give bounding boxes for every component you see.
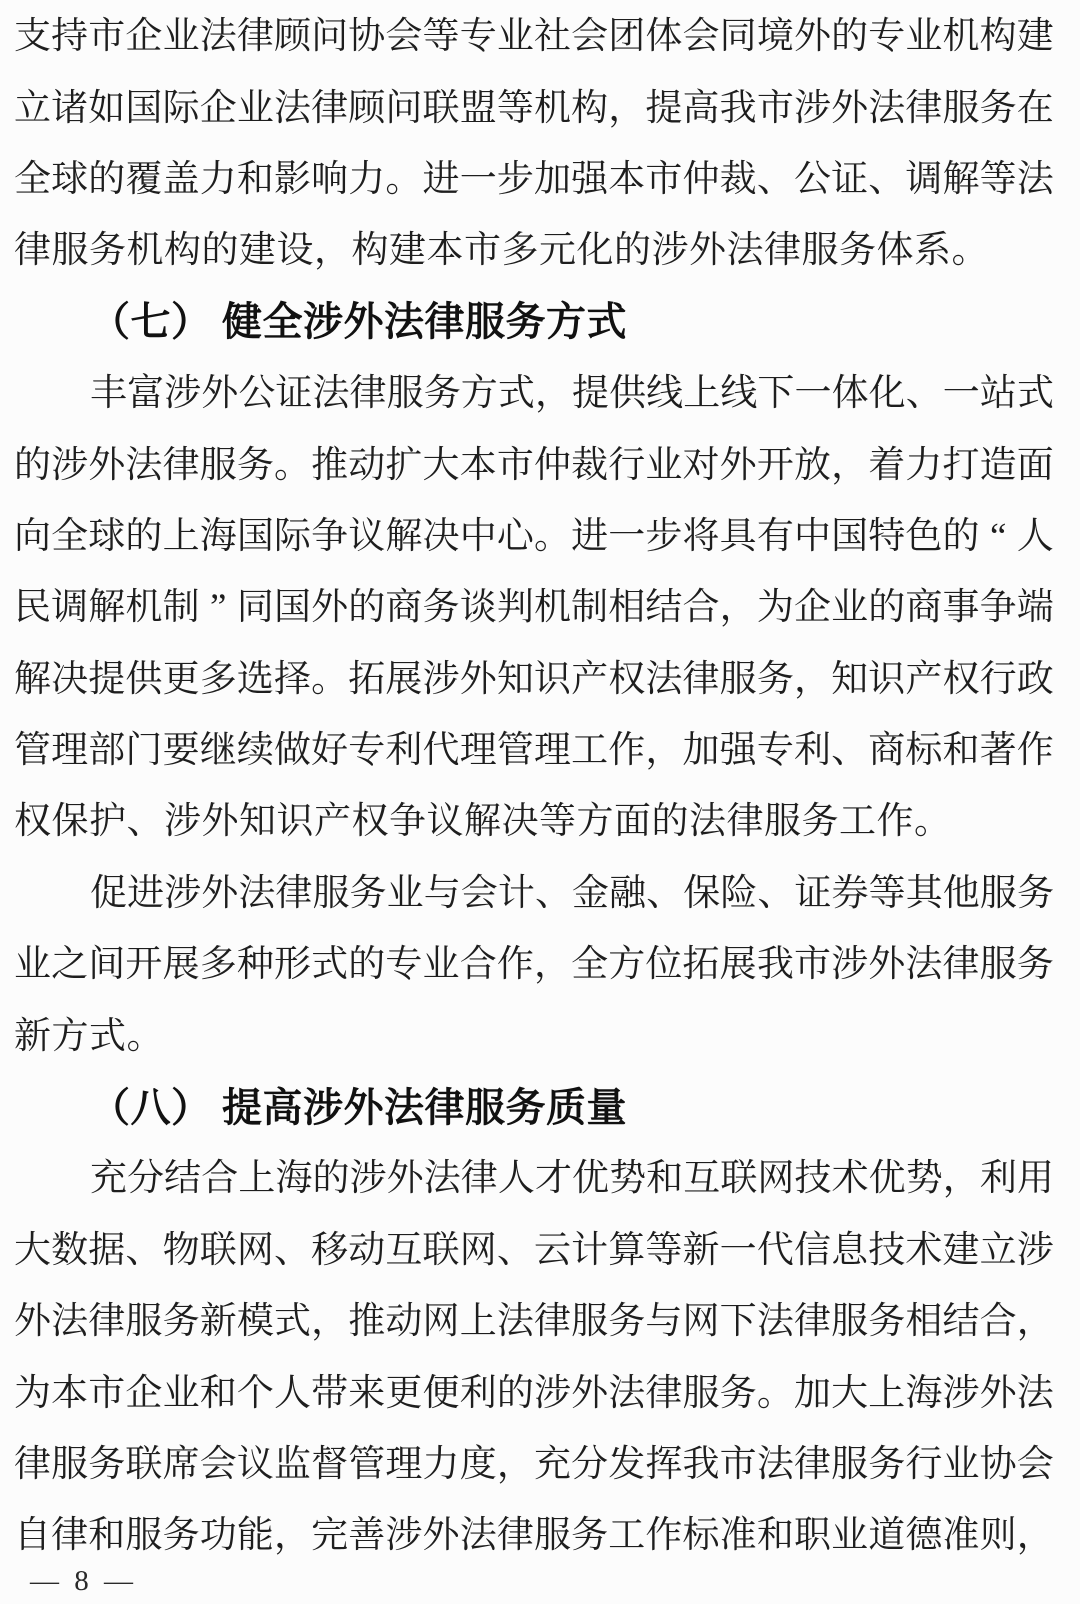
document-body: 支持市企业法律顾问协会等专业社会团体会同境外的专业机构建立诸如国际企业法律顾问联… (14, 1, 1054, 1572)
text-line: 权保护、涉外知识产权争议解决等方面的法律服务工作。 (14, 786, 1054, 857)
section-heading: （八） 提高涉外法律服务质量 (14, 1072, 1054, 1143)
text-line: 外法律服务新模式，推动网上法律服务与网下法律服务相结合， (14, 1286, 1054, 1357)
text-line: 促进涉外法律服务业与会计、金融、保险、证券等其他服务 (14, 858, 1054, 929)
text-line: 新方式。 (14, 1000, 1054, 1071)
section-heading: （七） 健全涉外法律服务方式 (14, 287, 1054, 358)
text-line: 为本市企业和个人带来更便利的涉外法律服务。加大上海涉外法 (14, 1357, 1054, 1428)
text-line: 全球的覆盖力和影响力。进一步加强本市仲裁、公证、调解等法 (14, 144, 1054, 215)
scanned-document-page: 支持市企业法律顾问协会等专业社会团体会同境外的专业机构建立诸如国际企业法律顾问联… (0, 0, 1080, 1604)
text-line: 充分结合上海的涉外法律人才优势和互联网技术优势，利用 (14, 1143, 1054, 1214)
text-line: 立诸如国际企业法律顾问联盟等机构，提高我市涉外法律服务在 (14, 72, 1054, 143)
text-line: 管理部门要继续做好专利代理管理工作，加强专利、商标和著作 (14, 715, 1054, 786)
text-line: 丰富涉外公证法律服务方式，提供线上线下一体化、一站式 (14, 358, 1054, 429)
text-line: 业之间开展多种形式的专业合作，全方位拓展我市涉外法律服务 (14, 929, 1054, 1000)
text-line: 律服务机构的建设，构建本市多元化的涉外法律服务体系。 (14, 215, 1054, 286)
text-line: 民调解机制”同国外的商务谈判机制相结合，为企业的商事争端 (14, 572, 1054, 643)
page-number: — 8 — (30, 1565, 137, 1597)
text-line: 解决提供更多选择。拓展涉外知识产权法律服务，知识产权行政 (14, 644, 1054, 715)
text-line: 自律和服务功能，完善涉外法律服务工作标准和职业道德准则， (14, 1500, 1054, 1571)
text-line: 律服务联席会议监督管理力度，充分发挥我市法律服务行业协会 (14, 1429, 1054, 1500)
text-line: 支持市企业法律顾问协会等专业社会团体会同境外的专业机构建 (14, 1, 1054, 72)
text-line: 的涉外法律服务。推动扩大本市仲裁行业对外开放，着力打造面 (14, 429, 1054, 500)
text-line: 向全球的上海国际争议解决中心。进一步将具有中国特色的“人 (14, 501, 1054, 572)
text-line: 大数据、物联网、移动互联网、云计算等新一代信息技术建立涉 (14, 1215, 1054, 1286)
page-footer: — 8 — (30, 1565, 137, 1598)
